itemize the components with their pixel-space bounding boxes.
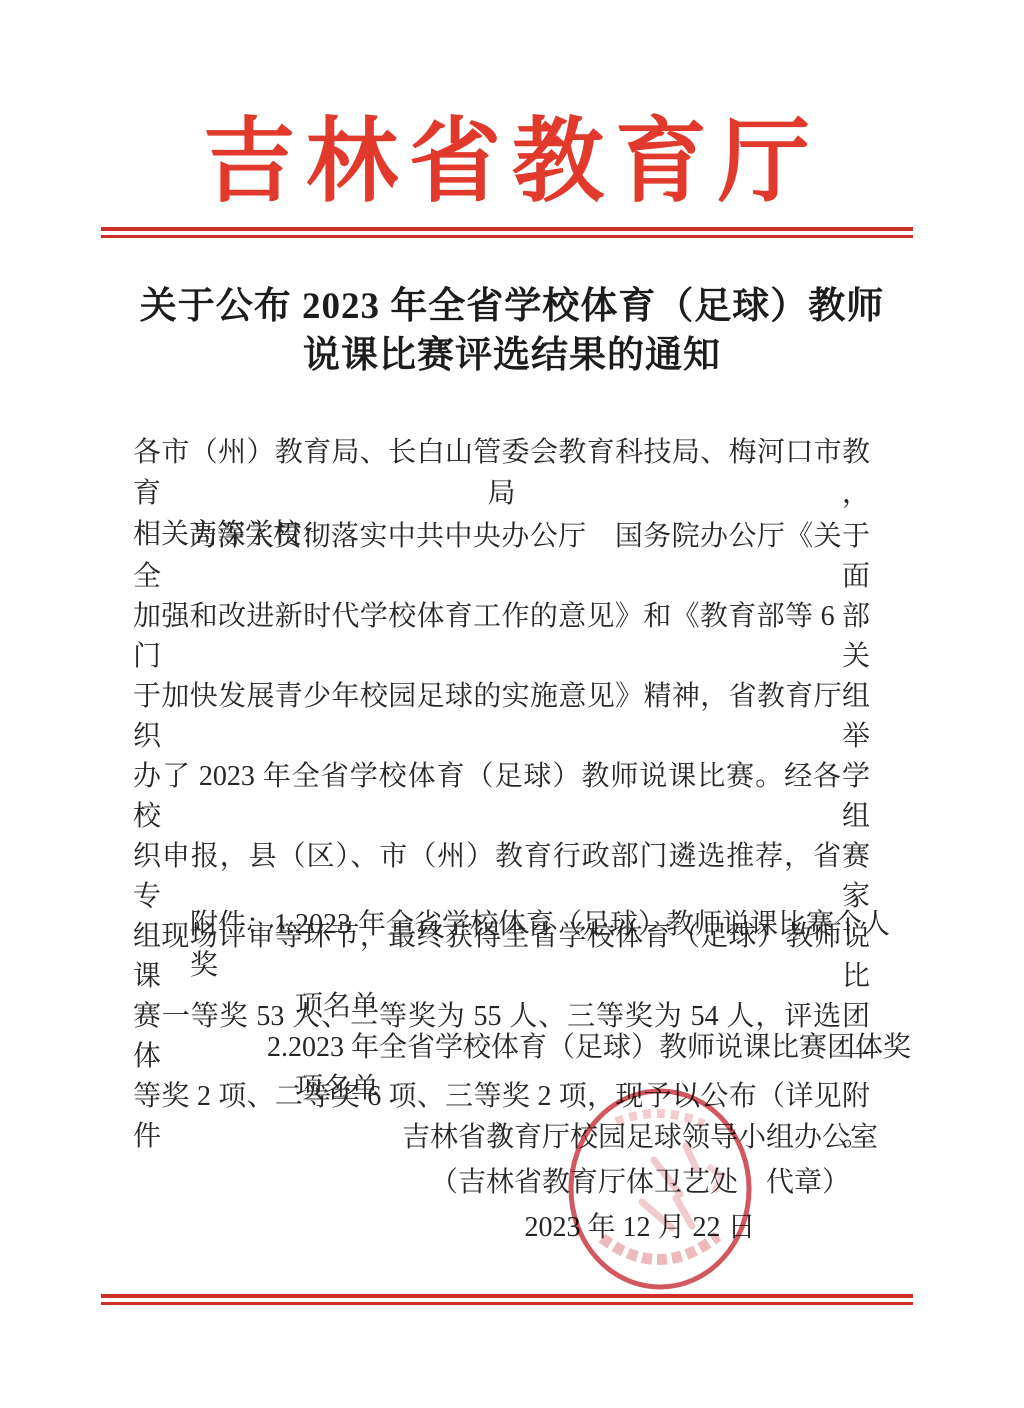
signing-office: 吉林省教育厅校园足球领导小组办公室	[340, 1115, 940, 1160]
document-title: 关于公布 2023 年全省学校体育（足球）教师 说课比赛评选结果的通知	[0, 282, 1024, 380]
attachment-item-1-text: 1.2023 年全省学校体育（足球）教师说课比赛个人奖	[190, 909, 890, 981]
letterhead-rule-bottom	[101, 235, 913, 238]
attachments-label: 附件：	[190, 909, 274, 940]
footer-rule-bottom	[101, 1302, 913, 1305]
addressee-line: 各市（州）教育局、长白山管委会教育科技局、梅河口市教育局，	[133, 432, 870, 514]
document-page: 吉林省教育厅 关于公布 2023 年全省学校体育（足球）教师 说课比赛评选结果的…	[0, 0, 1024, 1408]
signature-date: 2023 年 12 月 22 日	[340, 1205, 940, 1250]
paragraph-line: 加强和改进新时代学校体育工作的意见》和《教育部等 6 部门关	[133, 597, 870, 677]
footer-rule-top	[101, 1294, 913, 1298]
document-title-line2: 说课比赛评选结果的通知	[0, 331, 1024, 380]
letterhead-agency-name: 吉林省教育厅	[0, 112, 1024, 212]
letterhead-rule-top	[101, 227, 913, 231]
signature-block: 吉林省教育厅校园足球领导小组办公室 （吉林省教育厅体卫艺处 代章） 2023 年…	[340, 1115, 940, 1250]
paragraph-line: 为深入贯彻落实中共中央办公厅 国务院办公厅《关于全面	[133, 517, 870, 597]
paragraph-line: 办了 2023 年全省学校体育（足球）教师说课比赛。经各学校组	[133, 757, 870, 837]
attachment-item-2: 2.2023 年全省学校体育（足球）教师说课比赛团体奖	[267, 1027, 913, 1068]
document-title-line1: 关于公布 2023 年全省学校体育（足球）教师	[0, 282, 1024, 331]
attachments-block: 附件：1.2023 年全省学校体育（足球）教师说课比赛个人奖 项名单 2.202…	[133, 904, 913, 1109]
attachment-item-1-continuation: 项名单	[295, 986, 913, 1027]
paragraph-line: 于加快发展青少年校园足球的实施意见》精神，省教育厅组织举	[133, 677, 870, 757]
attachment-item-1: 附件：1.2023 年全省学校体育（足球）教师说课比赛个人奖	[190, 904, 913, 986]
attachment-item-2-continuation: 项名单	[295, 1068, 913, 1109]
signing-agency-note: （吉林省教育厅体卫艺处 代章）	[340, 1160, 940, 1205]
